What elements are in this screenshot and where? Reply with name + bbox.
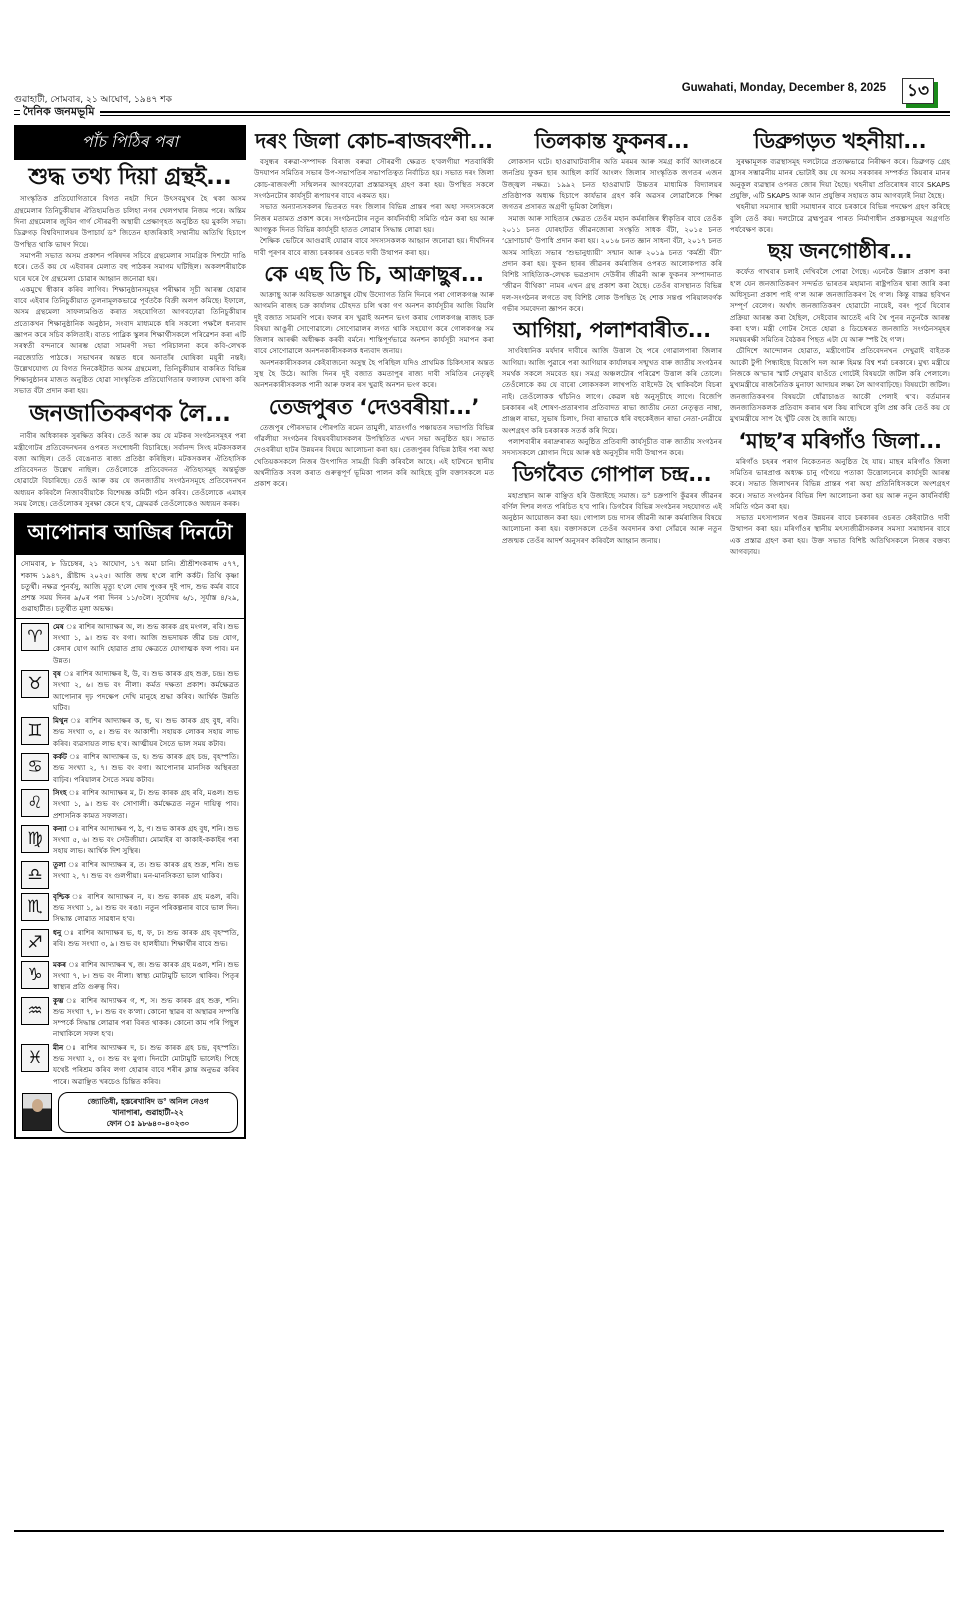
sign-leo: ♌ সিংহ ঃ ৰাশিৰ আদ্যাক্ষৰ ম, ট। শুভ কাৰক … <box>16 785 244 821</box>
column-4: ডিব্ৰুগড়ত খহনীয়া... সুৰক্ষামূলক ব্যৱস্… <box>730 125 950 557</box>
horoscope-intro: সোমবাৰ, ৮ ডিচেম্বৰ, ২১ আঘোণ, ১৭ অমা চানি… <box>16 555 244 618</box>
sign-text: ৰাশিৰ আদ্যাক্ষৰ ৰ, ত। শুভ কাৰক গ্ৰহ শুক্… <box>53 860 239 880</box>
paragraph: সাংস্কৃতিক প্ৰতিযোগিতাৰে বিগত নহটা দিনে … <box>14 193 246 249</box>
paragraph: আক্ৰাছু আৰু অবিভক্ত আক্ৰাছুৰ যৌথ উদ্যোগত… <box>254 289 494 357</box>
aquarius-icon: ♒ <box>21 997 49 1025</box>
article-body: লোকসান ঘটে। হাওৱাঘাটবাসীৰ অতি মৰমৰ আৰু স… <box>502 156 722 314</box>
astrologer-details: জ্যোতিষী, হস্তৰেখাবিদ ড° অনিল নেওগ খানাপ… <box>58 1092 238 1133</box>
top-divider-thin <box>14 115 950 116</box>
column-1: পাঁচ পিঠিৰ পৰা শুদ্ধ তথ্য দিয়া গ্ৰন্থই.… <box>14 125 246 1139</box>
article-body: মহাপ্ৰস্থান আৰু বাঞ্ছিত হৰি উজাইছে সমাজ।… <box>502 490 722 546</box>
sign-cancer: ♋ কৰ্কট ঃ ৰাশিৰ আদ্যাক্ষৰ ড, হ। শুভ কাৰক… <box>16 749 244 785</box>
sign-virgo: ♍ কন্যা ঃ ৰাশিৰ আদ্যাক্ষৰ প, ঠ, ণ। শুভ ক… <box>16 821 244 857</box>
sign-text: ৰাশিৰ আদ্যাক্ষৰ খ, জ। শুভ কাৰক গ্ৰহ মঙল,… <box>53 960 239 992</box>
headline: ডিব্ৰুগড়ত খহনীয়া... <box>730 129 950 153</box>
article-morigaon-fish: ‘মাছ’ৰ মৰিগাঁও জিলা... মৰিগাঁও চহৰৰ পৰাগ… <box>730 429 950 558</box>
paragraph: সভাত অন্যান্যসকলৰ ভিতৰত দৰং জিলাৰ বিভিন্… <box>254 201 494 235</box>
virgo-icon: ♍ <box>21 825 49 853</box>
sagittarius-icon: ♐ <box>21 929 49 957</box>
article-body: সাংস্কৃতিক প্ৰতিযোগিতাৰে বিগত নহটা দিনে … <box>14 193 246 396</box>
article-body: নাবীৰ অধিকাৰক সুৰক্ষিত কৰিব। তেওঁ আৰু কয… <box>14 430 246 509</box>
sign-aries: ♈ মেষ ঃ ৰাশিৰ আদ্যাক্ষৰ অ, ল। শুভ কাৰক গ… <box>16 619 244 666</box>
sign-name: কন্যা <box>53 824 67 833</box>
article-body: কৰ্ফেত গাখবাৰ চলাই দেখিবলৈ পোৱা গৈছে। এন… <box>730 266 950 424</box>
sign-taurus: ♉ বৃষ ঃ ৰাশিৰ আদ্যাক্ষৰ ই, উ, ব। শুভ কাৰ… <box>16 666 244 713</box>
paragraph: নাবীৰ অধিকাৰক সুৰক্ষিত কৰিব। তেওঁ আৰু কয… <box>14 430 246 509</box>
horoscope-title: আপোনাৰ আজিৰ দিনটো <box>16 515 244 555</box>
leo-icon: ♌ <box>21 789 49 817</box>
paragraph: মৰিগাঁও চহৰৰ পৰাগ নিকেতনত অনুষ্ঠিত হৈ যা… <box>730 456 950 512</box>
sign-name: বৃষ <box>53 669 61 678</box>
paragraph: মহাপ্ৰস্থান আৰু বাঞ্ছিত হৰি উজাইছে সমাজ।… <box>502 490 722 546</box>
article-body: সুৰক্ষামূলক ব্যৱস্থাসমূহ দলটোৱে প্ৰত্যক্… <box>730 156 950 235</box>
gemini-icon: ♊ <box>21 717 49 745</box>
article-shuddha-tathya: শুদ্ধ তথ্য দিয়া গ্ৰন্থই... সাংস্কৃতিক প… <box>14 164 246 397</box>
headline: ডিগবৈত গোপাল চন্দ্ৰ... <box>502 462 722 486</box>
article-body: তেজপুৰ পৌৰসভাৰ পৌৰপতি ৰমেন তামুলী, মাতংগ… <box>254 422 494 490</box>
paper-name: দৈনিক জনমভূমি <box>14 103 100 122</box>
astrologer-name: জ্যোতিষী, হস্তৰেখাবিদ ড° অনিল নেওগ <box>64 1096 232 1107</box>
article-body: আক্ৰাছু আৰু অবিভক্ত আক্ৰাছুৰ যৌথ উদ্যোগত… <box>254 289 494 391</box>
article-body: সাংবিধানিক মৰ্যদাৰ দাবীৰে আজি উত্তাল হৈ … <box>502 345 722 458</box>
sign-capricorn: ♑ মকৰ ঃ ৰাশিৰ আদ্যাক্ষৰ খ, জ। শুভ কাৰক গ… <box>16 957 244 993</box>
continued-banner: পাঁচ পিঠিৰ পৰা <box>14 125 246 160</box>
article-agia-palashbari: আগিয়া, পলাশবাৰীত... সাংবিধানিক মৰ্যদাৰ … <box>502 318 722 458</box>
sign-name: ধনু <box>53 928 61 937</box>
paragraph: তেজপুৰ পৌৰসভাৰ পৌৰপতি ৰমেন তামুলী, মাতংগ… <box>254 422 494 490</box>
paragraph: সুৰক্ষামূলক ব্যৱস্থাসমূহ দলটোৱে প্ৰত্যক্… <box>730 156 950 201</box>
sign-name: বৃশ্চিক <box>53 892 70 901</box>
cancer-icon: ♋ <box>21 753 49 781</box>
aries-icon: ♈ <box>21 623 49 651</box>
sign-text: ৰাশিৰ আদ্যাক্ষৰ ভ, ধ, ফ, ঢ। শুভ কাৰক গ্ৰ… <box>53 928 239 948</box>
horoscope-box: আপোনাৰ আজিৰ দিনটো সোমবাৰ, ৮ ডিচেম্বৰ, ২১… <box>14 513 246 1139</box>
page-number-badge: ১৩ <box>902 78 934 104</box>
sign-text: ৰাশিৰ আদ্যাক্ষৰ দ, চ। শুভ কাৰক গ্ৰহ চন্দ… <box>53 1043 239 1086</box>
sign-name: মেষ <box>53 622 64 631</box>
article-janajatikaran: জনজাতিকৰণক লৈ... নাবীৰ অধিকাৰক সুৰক্ষিত … <box>14 401 246 510</box>
capricorn-icon: ♑ <box>21 961 49 989</box>
article-tilakanta-phukan: তিলকান্ত ফুকনৰ... লোকসান ঘটে। হাওৱাঘাটবা… <box>502 129 722 314</box>
sign-name: মিথুন <box>53 716 68 725</box>
paragraph: একমুখে স্বীকাৰ কৰিব লাগিব। শিক্ষানুষ্ঠান… <box>14 284 246 397</box>
headline: দৰং জিলা কোচ-ৰাজবংশী... <box>254 129 494 153</box>
sign-name: কৰ্কট <box>53 752 67 761</box>
sign-text: ৰাশিৰ আদ্যাক্ষৰ ম, ট। শুভ কাৰক গ্ৰহ ৰবি,… <box>53 788 239 820</box>
astrologer-photo <box>22 1093 52 1131</box>
headline: তিলকান্ত ফুকনৰ... <box>502 129 722 153</box>
article-darrang-koch-rajbongshi: দৰং জিলা কোচ-ৰাজবংশী... বসুন্ধৰ বৰুৱা-সম… <box>254 129 494 258</box>
bottom-divider <box>14 1530 944 1532</box>
taurus-icon: ♉ <box>21 670 49 698</box>
sign-aquarius: ♒ কুম্ভ ঃ ৰাশিৰ আদ্যাক্ষৰ গ, শ, স। শুভ ক… <box>16 993 244 1040</box>
newspaper-page: গুৱাহাটী, সোমবাৰ, ২১ আঘোণ, ১৯৪৭ শক Guwah… <box>14 0 950 1601</box>
sign-name: সিংহ <box>53 788 67 797</box>
pisces-icon: ♓ <box>21 1044 49 1072</box>
sign-name: মীন <box>53 1043 63 1052</box>
paragraph: সভাত মৎস্যপালন খণ্ডৰ উন্নয়নৰ বাবে চৰকাৰ… <box>730 512 950 557</box>
paragraph: খহনীয়া সমস্যাৰ স্থায়ী সমাধানৰ বাবে চৰক… <box>730 201 950 235</box>
paragraph: সমাজ আৰু সাহিত্যৰ ক্ষেত্ৰত তেওঁৰ মহান কৰ… <box>502 213 722 315</box>
sign-text: ৰাশিৰ আদ্যাক্ষৰ প, ঠ, ণ। শুভ কাৰক গ্ৰহ ব… <box>53 824 239 856</box>
paragraph: পলাশবাৰীৰ ৰৰাদ্ৰুৰাৰত অনুষ্ঠিত প্ৰতিবাদী… <box>502 436 722 459</box>
article-body: বসুন্ধৰ বৰুৱা-সম্পাদক বিৰাজ বৰুৱা সৌৰৱণী… <box>254 156 494 258</box>
article-six-communities: ছয় জনগোষ্ঠীৰ... কৰ্ফেত গাখবাৰ চলাই দেখি… <box>730 239 950 424</box>
paragraph: বসুন্ধৰ বৰুৱা-সম্পাদক বিৰাজ বৰুৱা সৌৰৱণী… <box>254 156 494 201</box>
article-body: মৰিগাঁও চহৰৰ পৰাগ নিকেতনত অনুষ্ঠিত হৈ যা… <box>730 456 950 558</box>
headline: ছয় জনগোষ্ঠীৰ... <box>730 239 950 263</box>
sign-name: কুম্ভ <box>53 996 64 1005</box>
astrologer-phone: ফোন ঃ ৯৮৬৪০-৪০২৩০ <box>64 1118 232 1129</box>
paragraph: অনশনকাৰীসকলৰ কেইবাজনো অসুস্থ হৈ পৰিছিল য… <box>254 357 494 391</box>
sign-name: মকৰ <box>53 960 66 969</box>
column-2: দৰং জিলা কোচ-ৰাজবংশী... বসুন্ধৰ বৰুৱা-সম… <box>254 125 494 490</box>
dateline-english: Guwahati, Monday, December 8, 2025 <box>682 82 886 94</box>
article-digboi-gopal-chandra: ডিগবৈত গোপাল চন্দ্ৰ... মহাপ্ৰস্থান আৰু ব… <box>502 462 722 546</box>
sign-scorpio: ♏ বৃশ্চিক ঃ ৰাশিৰ আদ্যাক্ষৰ ন, য। শুভ কা… <box>16 889 244 925</box>
sign-text: ৰাশিৰ আদ্যাক্ষৰ গ, শ, স। শুভ কাৰক গ্ৰহ শ… <box>53 996 239 1039</box>
sign-text: ৰাশিৰ আদ্যাক্ষৰ ই, উ, ব। শুভ কাৰক গ্ৰহ শ… <box>53 669 239 712</box>
headline: জনজাতিকৰণক লৈ... <box>14 401 246 427</box>
astrologer-card: জ্যোতিষী, হস্তৰেখাবিদ ড° অনিল নেওগ খানাপ… <box>16 1087 244 1133</box>
headline: আগিয়া, পলাশবাৰীত... <box>502 318 722 342</box>
top-divider <box>14 111 950 113</box>
article-tezpur-deobariya: তেজপুৰত ‘দেওবৰীয়া...’ তেজপুৰ পৌৰসভাৰ পৌ… <box>254 395 494 490</box>
article-dibrugarh-erosion: ডিব্ৰুগড়ত খহনীয়া... সুৰক্ষামূলক ব্যৱস্… <box>730 129 950 235</box>
sign-libra: ♎ তুলা ঃ ৰাশিৰ আদ্যাক্ষৰ ৰ, ত। শুভ কাৰক … <box>16 857 244 889</box>
sign-gemini: ♊ মিথুন ঃ ৰাশিৰ আদ্যাক্ষৰ ক, ছ, ঘ। শুভ ক… <box>16 713 244 749</box>
sign-name: তুলা <box>53 860 66 869</box>
article-ksdc-agrasur: কে এছ ডি চি, আক্ৰাছুৰ... আক্ৰাছু আৰু অবি… <box>254 262 494 391</box>
sign-sagittarius: ♐ ধনু ঃ ৰাশিৰ আদ্যাক্ষৰ ভ, ধ, ফ, ঢ। শুভ … <box>16 925 244 957</box>
headline: শুদ্ধ তথ্য দিয়া গ্ৰন্থই... <box>14 164 246 190</box>
paragraph: সমাপনী সভাত অসম প্ৰকাশন পৰিষদৰ সচিবে গ্ৰ… <box>14 250 246 284</box>
paragraph: লোকসান ঘটে। হাওৱাঘাটবাসীৰ অতি মৰমৰ আৰু স… <box>502 156 722 212</box>
column-3: তিলকান্ত ফুকনৰ... লোকসান ঘটে। হাওৱাঘাটবা… <box>502 125 722 546</box>
paragraph: সাংবিধানিক মৰ্যদাৰ দাবীৰে আজি উত্তাল হৈ … <box>502 345 722 435</box>
scorpio-icon: ♏ <box>21 893 49 921</box>
paragraph: চৌদিশে আন্দোলন হোৱাত, মন্ত্ৰীগোটৰ প্ৰতিব… <box>730 345 950 424</box>
headline: ‘মাছ’ৰ মৰিগাঁও জিলা... <box>730 429 950 453</box>
sign-text: ৰাশিৰ আদ্যাক্ষৰ অ, ল। শুভ কাৰক গ্ৰহ মংগল… <box>53 622 239 665</box>
paragraph: কৰ্ফেত গাখবাৰ চলাই দেখিবলৈ পোৱা গৈছে। এন… <box>730 266 950 345</box>
sign-text: ৰাশিৰ আদ্যাক্ষৰ ন, য। শুভ কাৰক গ্ৰহ মঙল,… <box>53 892 239 924</box>
astrologer-address: খানাপাৰা, গুৱাহাটী-২২ <box>64 1107 232 1118</box>
libra-icon: ♎ <box>21 861 49 889</box>
headline: কে এছ ডি চি, আক্ৰাছুৰ... <box>254 262 494 286</box>
headline: তেজপুৰত ‘দেওবৰীয়া...’ <box>254 395 494 419</box>
sign-text: ৰাশিৰ আদ্যাক্ষৰ ক, ছ, ঘ। শুভ কাৰক গ্ৰহ ব… <box>53 716 239 748</box>
sign-pisces: ♓ মীন ঃ ৰাশিৰ আদ্যাক্ষৰ দ, চ। শুভ কাৰক গ… <box>16 1040 244 1087</box>
sign-text: ৰাশিৰ আদ্যাক্ষৰ ড, হ। শুভ কাৰক গ্ৰহ চন্দ… <box>53 752 239 784</box>
paragraph: শৈক্ষিক ভেটিৰে আগুৱাই যোৱাৰ বাবে সদস্যসক… <box>254 235 494 258</box>
